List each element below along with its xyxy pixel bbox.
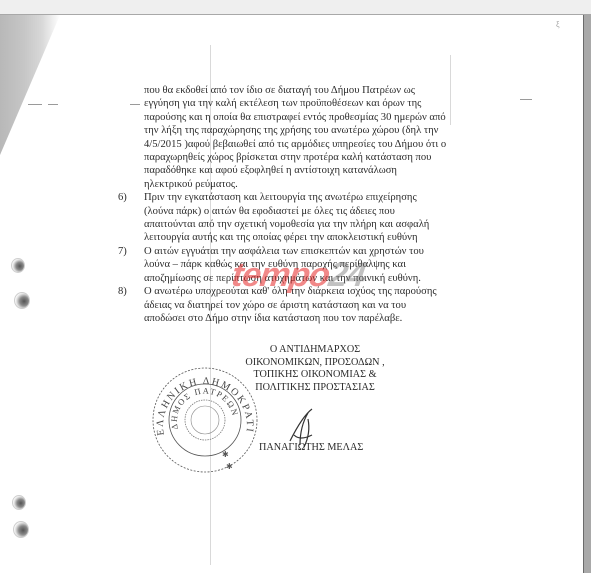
punch-hole [14, 292, 30, 309]
list-item-7: 7) Ο αιτών εγγυάται την ασφάλεια των επι… [100, 245, 510, 285]
signer-name: ΠΑΝΑΓΙΩΤΗΣ ΜΕΛΑΣ [259, 442, 363, 453]
text-line: Ο ανωτέρω υποχρεούται καθ' όλη την διάρκ… [144, 286, 437, 297]
signature-title-line: ΠΟΛΙΤΙΚΗΣ ΠΡΟΣΤΑΣΙΑΣ [230, 382, 400, 395]
text-line: λούνα – πάρκ καθώς και την ευθύνη παροχή… [144, 259, 406, 270]
text-line: την λήξη της παραχώρησης της χρήσης του … [144, 125, 438, 136]
text-line: άδειας να διατηρεί τον χώρο σε άριστη κα… [144, 300, 406, 311]
text-line: ηλεκτρικού ρεύματος. [144, 179, 238, 190]
punch-hole [13, 521, 29, 538]
signature-title-line: Ο ΑΝΤΙΔΗΜΑΡΧΟΣ [230, 344, 400, 357]
scan-shadow [0, 15, 60, 155]
intro-paragraph: που θα εκδοθεί από τον ίδιο σε διαταγή τ… [100, 84, 510, 191]
document-body: που θα εκδοθεί από τον ίδιο σε διαταγή τ… [100, 84, 510, 325]
text-line: που θα εκδοθεί από τον ίδιο σε διαταγή τ… [144, 85, 415, 96]
text-line: Ο αιτών εγγυάται την ασφάλεια των επισκε… [144, 246, 424, 257]
list-item-8: 8) Ο ανωτέρω υποχρεούται καθ' όλη την δι… [100, 285, 510, 325]
scan-speck: ξ [556, 20, 560, 29]
item-number: 7) [118, 245, 127, 258]
punch-hole [11, 258, 25, 273]
viewer-toolbar [0, 0, 591, 15]
text-line: λειτουργία αυτής και της οποίας φέρει τη… [144, 232, 418, 243]
text-line: εγγύηση για την καλή εκτέλεση των προϋπο… [144, 98, 421, 109]
list-item-6: 6) Πριν την εγκατάσταση και λειτουργία τ… [100, 191, 510, 245]
text-line: 4/5/2015 )αφού βεβαιωθεί από τις αρμόδιε… [144, 139, 446, 150]
vertical-scrollbar[interactable] [583, 15, 591, 573]
scan-artifact [48, 104, 58, 105]
text-line: αποδώσει στο Δήμο στην ίδια κατάσταση πο… [144, 313, 402, 324]
punch-hole [12, 495, 26, 510]
text-line: απαιτούνται από την σχετική νομοθεσία γι… [144, 219, 429, 230]
text-line: παραδόθηκε και αφού εξοφληθεί η αντίστοι… [144, 165, 397, 176]
item-number: 6) [118, 191, 127, 204]
item-number: 8) [118, 285, 127, 298]
svg-text:✱: ✱ [222, 450, 229, 459]
signature-title-line: ΤΟΠΙΚΗΣ ΟΙΚΟΝΟΜΙΑΣ & [230, 369, 400, 382]
text-line: παραχωρηθείς χώρος βρίσκεται στην προτέρ… [144, 152, 431, 163]
text-line: αποζημίωσης σε περίπτωση ατυχημάτων και … [144, 273, 421, 284]
scan-artifact [520, 99, 532, 100]
text-line: (λούνα πάρκ) ο αιτών θα εφοδιαστεί με όλ… [144, 206, 395, 217]
scan-artifact [28, 104, 42, 105]
signature-title: Ο ΑΝΤΙΔΗΜΑΡΧΟΣ ΟΙΚΟΝΟΜΙΚΩΝ, ΠΡΟΣΟΔΩΝ , Τ… [230, 344, 400, 394]
text-line: παρούσης και η οποία θα επιστραφεί εντός… [144, 112, 446, 123]
svg-text:✱: ✱ [226, 462, 233, 471]
signature-title-line: ΟΙΚΟΝΟΜΙΚΩΝ, ΠΡΟΣΟΔΩΝ , [230, 357, 400, 370]
text-line: Πριν την εγκατάσταση και λειτουργία της … [144, 192, 417, 203]
